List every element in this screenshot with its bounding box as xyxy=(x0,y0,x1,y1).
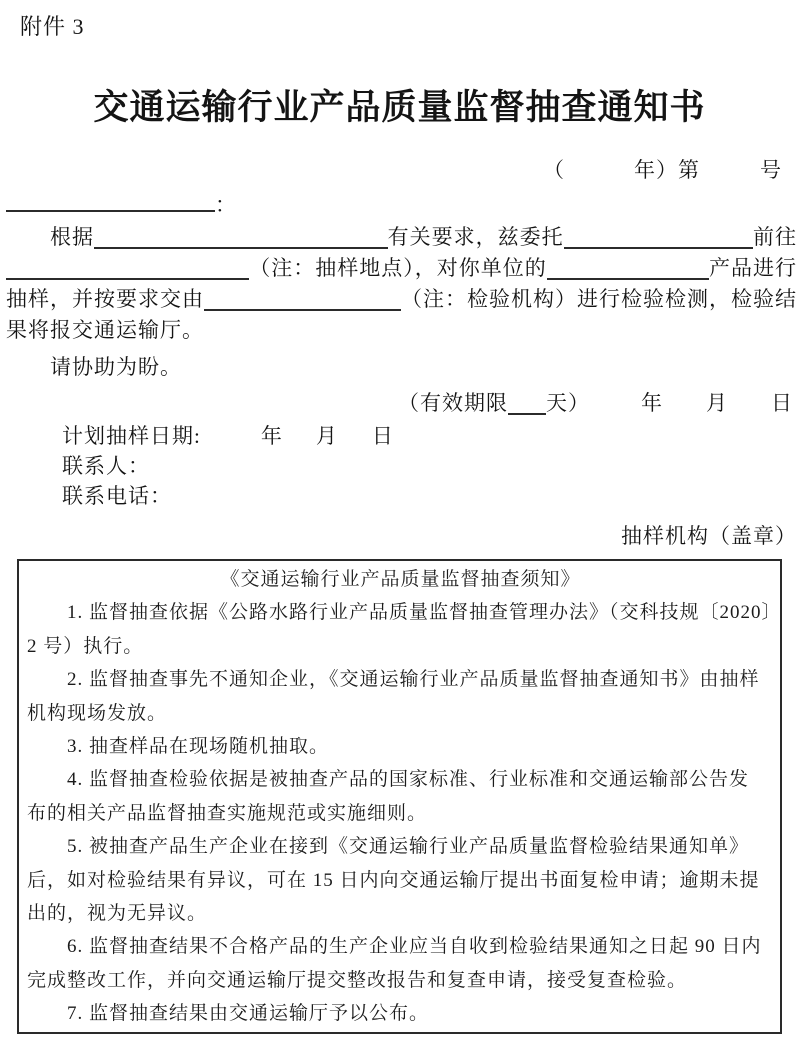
validity-date-line: （有效期限天）年月日 xyxy=(6,388,797,419)
recipient-line: ： xyxy=(6,190,797,221)
month-label: 月 xyxy=(706,388,728,419)
notice-line: 6. 监督抽查结果不合格产品的生产企业应当自收到检验结果通知之日起 90 日内 xyxy=(27,930,774,963)
inspection-agency-blank-line xyxy=(204,309,401,311)
doc-number-year-label: 年）第 xyxy=(634,158,700,182)
notice-box: 《交通运输行业产品质量监督抽查须知》 1. 监督抽查依据《公路水路行业产品质量监… xyxy=(17,559,782,1034)
sampling-location-blank-line xyxy=(6,278,249,280)
document-page: 附件 3 交通运输行业产品质量监督抽查通知书 （年）第号 ： 根据有关要求，兹委… xyxy=(0,0,799,1045)
doc-number-line: （年）第号 xyxy=(543,155,793,186)
product-name-blank-line xyxy=(547,278,709,280)
notice-line: 2. 监督抽查事先不通知企业，《交通运输行业产品质量监督抽查通知书》由抽样 xyxy=(27,663,774,696)
notice-line: 5. 被抽查产品生产企业在接到《交通运输行业产品质量监督检验结果通知单》 xyxy=(27,830,774,863)
basis-blank-line xyxy=(94,247,388,249)
contact-person-line: 联系人： xyxy=(6,451,797,482)
validity-days-blank xyxy=(508,413,546,415)
body-line-1: 根据有关要求，兹委托前往 xyxy=(6,222,797,253)
notice-line: 3. 抽查样品在现场随机抽取。 xyxy=(27,730,774,763)
page-title: 交通运输行业产品质量监督抽查通知书 xyxy=(0,80,799,130)
notice-line: 2 号）执行。 xyxy=(27,630,774,663)
body-text: 有关要求，兹委托 xyxy=(388,222,564,253)
notice-line: 出的，视为无异议。 xyxy=(27,897,774,930)
doc-number-open-paren: （ xyxy=(543,158,565,182)
sampling-agency-stamp-line: 抽样机构（盖章） xyxy=(6,521,797,552)
plan-date-label: 计划抽样日期: xyxy=(62,421,201,452)
body-text: 前往 xyxy=(753,222,797,253)
month-label: 月 xyxy=(316,421,338,452)
notice-line: 1. 监督抽查依据《公路水路行业产品质量监督抽查管理办法》（交科技规〔2020〕 xyxy=(27,596,774,629)
body-text: 果将报交通运输厅。 xyxy=(6,318,204,342)
doc-number-no-label: 号 xyxy=(760,158,782,182)
notice-line: 后，如对检验结果有异议，可在 15 日内向交通运输厅提出书面复检申请；逾期未提 xyxy=(27,864,774,897)
contact-phone-line: 联系电话： xyxy=(6,481,797,512)
year-label: 年 xyxy=(261,421,283,452)
body-line-3: 抽样，并按要求交由（注：检验机构）进行检验检测，检验结 xyxy=(6,284,797,315)
notice-title: 《交通运输行业产品质量监督抽查须知》 xyxy=(27,563,774,596)
notice-line: 完成整改工作，并向交通运输厅提交整改报告和复查申请，接受复查检验。 xyxy=(27,964,774,997)
notice-line: 机构现场发放。 xyxy=(27,697,774,730)
day-label: 日 xyxy=(372,421,394,452)
body-line-4: 果将报交通运输厅。 xyxy=(6,315,797,346)
body-text: （注：抽样地点），对你单位的 xyxy=(249,253,547,284)
recipient-blank-line xyxy=(6,210,215,212)
body-text: 抽样，并按要求交由 xyxy=(6,284,204,315)
body-text: 产品进行 xyxy=(709,253,797,284)
body-text: 根据 xyxy=(50,222,94,253)
notice-line: 布的相关产品监督抽查实施规范或实施细则。 xyxy=(27,797,774,830)
validity-label: （有效期限 xyxy=(398,388,508,419)
attachment-label: 附件 3 xyxy=(20,10,85,41)
body-line-2: （注：抽样地点），对你单位的产品进行 xyxy=(6,253,797,284)
body-text: （注：检验机构）进行检验检测，检验结 xyxy=(401,284,797,315)
notice-line: 4. 监督抽查检验依据是被抽查产品的国家标准、行业标准和交通运输部公告发 xyxy=(27,763,774,796)
entrusted-agency-blank-line xyxy=(564,247,753,249)
courtesy-line: 请协助为盼。 xyxy=(6,352,797,383)
year-label: 年 xyxy=(641,388,663,419)
validity-label-end: 天） xyxy=(546,388,590,419)
recipient-colon: ： xyxy=(215,193,237,217)
day-label: 日 xyxy=(771,388,793,419)
notice-line: 7. 监督抽查结果由交通运输厅予以公布。 xyxy=(27,997,774,1030)
plan-date-line: 计划抽样日期:年月日 xyxy=(6,421,797,452)
